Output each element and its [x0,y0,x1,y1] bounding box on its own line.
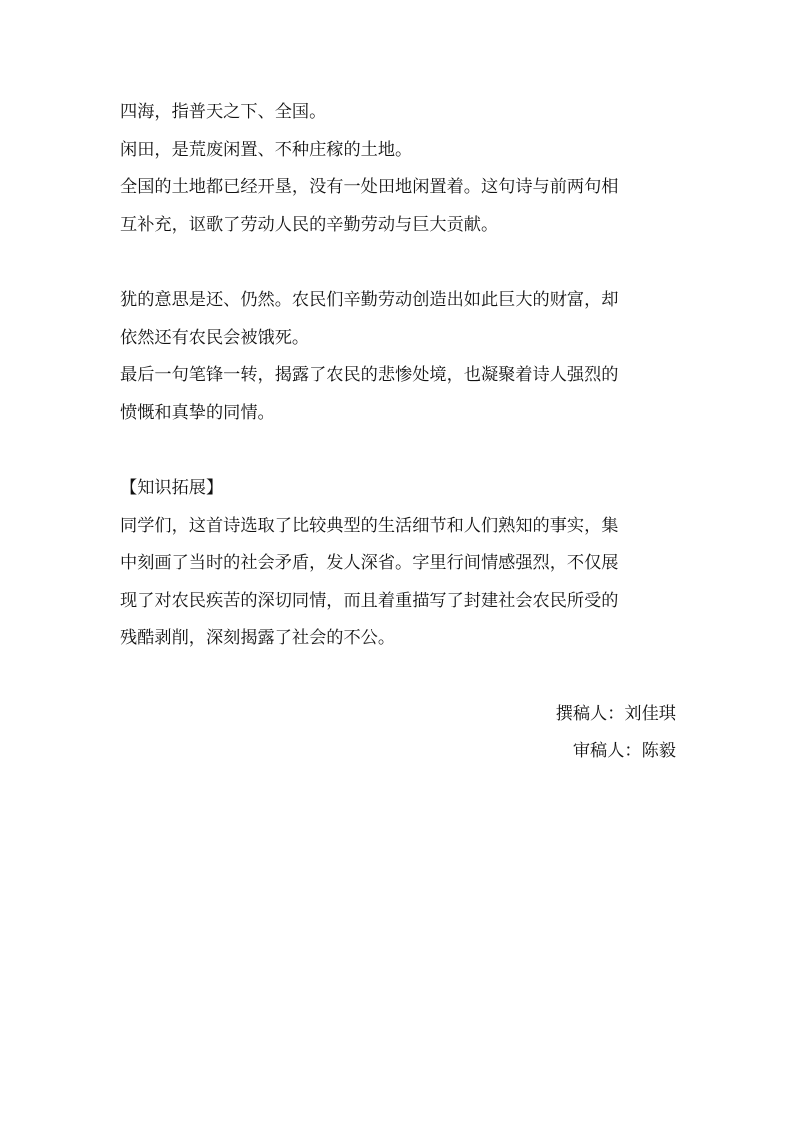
paragraph-line: 互补充，讴歌了劳动人民的辛勤劳动与巨大贡献。 [120,207,676,245]
paragraph-line: 残酷剥削，深刻揭露了社会的不公。 [120,620,676,658]
paragraph-line: 现了对农民疾苦的深切同情，而且着重描写了封建社会农民所受的 [120,583,676,621]
spacer [120,432,676,470]
explanation-block-2: 犹的意思是还、仍然。农民们辛勤劳动创造出如此巨大的财富，却 依然还有农民会被饿死… [120,282,676,432]
paragraph-line: 同学们，这首诗选取了比较典型的生活细节和人们熟知的事实，集 [120,508,676,546]
paragraph-line: 中刻画了当时的社会矛盾，发人深省。字里行间情感强烈，不仅展 [120,545,676,583]
author-credit: 撰稿人：刘佳琪 [120,696,676,734]
paragraph-line: 依然还有农民会被饿死。 [120,320,676,358]
spacer [120,658,676,696]
credits: 撰稿人：刘佳琪 审稿人：陈毅 [120,696,676,771]
paragraph-line: 四海，指普天之下、全国。 [120,94,676,132]
knowledge-section: 【知识拓展】 同学们，这首诗选取了比较典型的生活细节和人们熟知的事实，集 中刻画… [120,470,676,658]
explanation-block-1: 四海，指普天之下、全国。 闲田，是荒废闲置、不种庄稼的土地。 全国的土地都已经开… [120,94,676,244]
paragraph-line: 愤慨和真挚的同情。 [120,395,676,433]
section-title: 【知识拓展】 [120,470,676,508]
paragraph-line: 犹的意思是还、仍然。农民们辛勤劳动创造出如此巨大的财富，却 [120,282,676,320]
paragraph-line: 闲田，是荒废闲置、不种庄稼的土地。 [120,132,676,170]
paragraph-line: 最后一句笔锋一转，揭露了农民的悲惨处境，也凝聚着诗人强烈的 [120,357,676,395]
spacer [120,244,676,282]
document-page: 四海，指普天之下、全国。 闲田，是荒废闲置、不种庄稼的土地。 全国的土地都已经开… [120,94,676,771]
reviewer-credit: 审稿人：陈毅 [120,733,676,771]
paragraph-line: 全国的土地都已经开垦，没有一处田地闲置着。这句诗与前两句相 [120,169,676,207]
